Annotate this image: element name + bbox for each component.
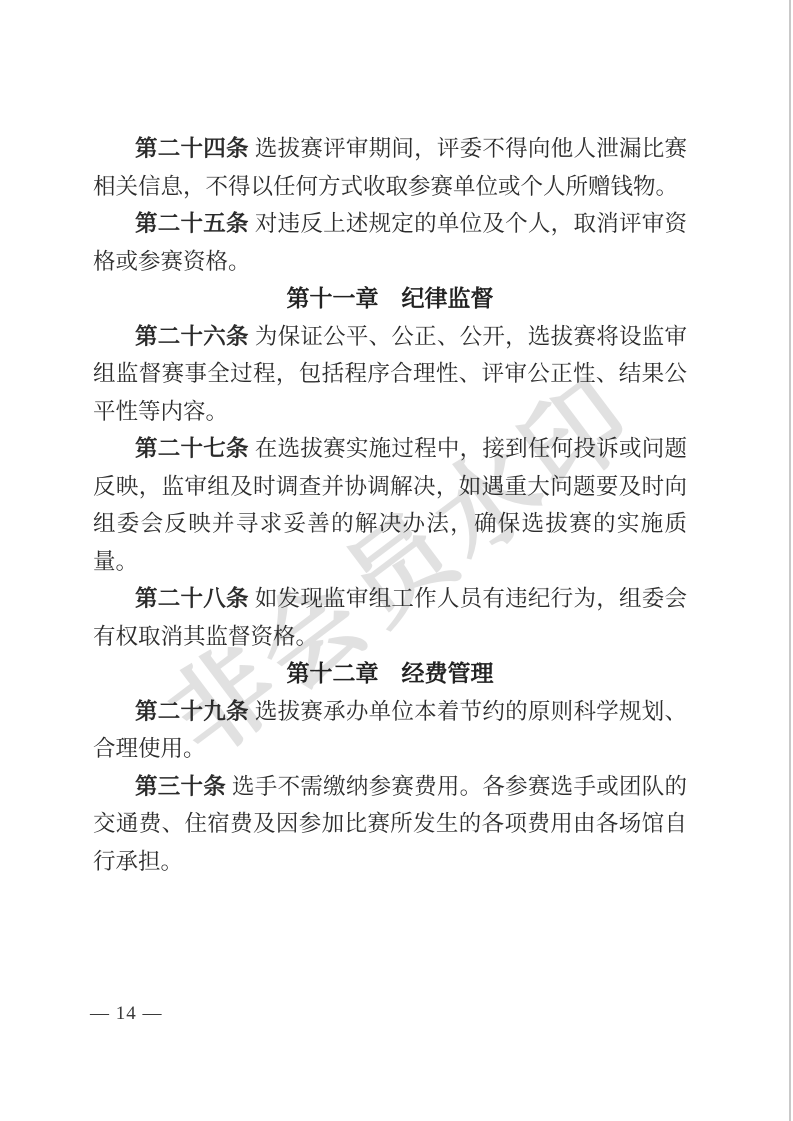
article-number: 第二十九条 (135, 699, 249, 724)
article-paragraph-28: 第二十八条如发现监审组工作人员有违纪行为，组委会有权取消其监督资格。 (93, 580, 687, 655)
article-number: 第二十五条 (135, 211, 249, 236)
chapter-heading-12: 第十二章 经费管理 (93, 655, 687, 693)
article-paragraph-30: 第三十条选手不需缴纳参赛费用。各参赛选手或团队的交通费、住宿费及因参加比赛所发生… (93, 768, 687, 881)
article-number: 第二十七条 (135, 436, 249, 461)
scan-edge-artifact (789, 0, 791, 1121)
document-body: 第二十四条选拔赛评审期间，评委不得向他人泄漏比赛相关信息，不得以任何方式收取参赛… (93, 130, 687, 880)
article-paragraph-27: 第二十七条在选拔赛实施过程中，接到任何投诉或问题反映，监审组及时调查并协调解决，… (93, 430, 687, 580)
article-number: 第二十八条 (135, 586, 249, 611)
article-paragraph-29: 第二十九条选拔赛承办单位本着节约的原则科学规划、合理使用。 (93, 693, 687, 768)
document-page: 非会员水印 第二十四条选拔赛评审期间，评委不得向他人泄漏比赛相关信息，不得以任何… (0, 0, 793, 1121)
chapter-heading-11: 第十一章 纪律监督 (93, 280, 687, 318)
article-number: 第二十六条 (135, 324, 249, 349)
article-paragraph-26: 第二十六条为保证公平、公正、公开，选拔赛将设监审组监督赛事全过程，包括程序合理性… (93, 318, 687, 431)
article-paragraph-25: 第二十五条对违反上述规定的单位及个人，取消评审资格或参赛资格。 (93, 205, 687, 280)
article-number: 第三十条 (135, 774, 226, 799)
page-number: — 14 — (90, 1003, 163, 1025)
article-paragraph-24: 第二十四条选拔赛评审期间，评委不得向他人泄漏比赛相关信息，不得以任何方式收取参赛… (93, 130, 687, 205)
article-number: 第二十四条 (135, 136, 249, 161)
